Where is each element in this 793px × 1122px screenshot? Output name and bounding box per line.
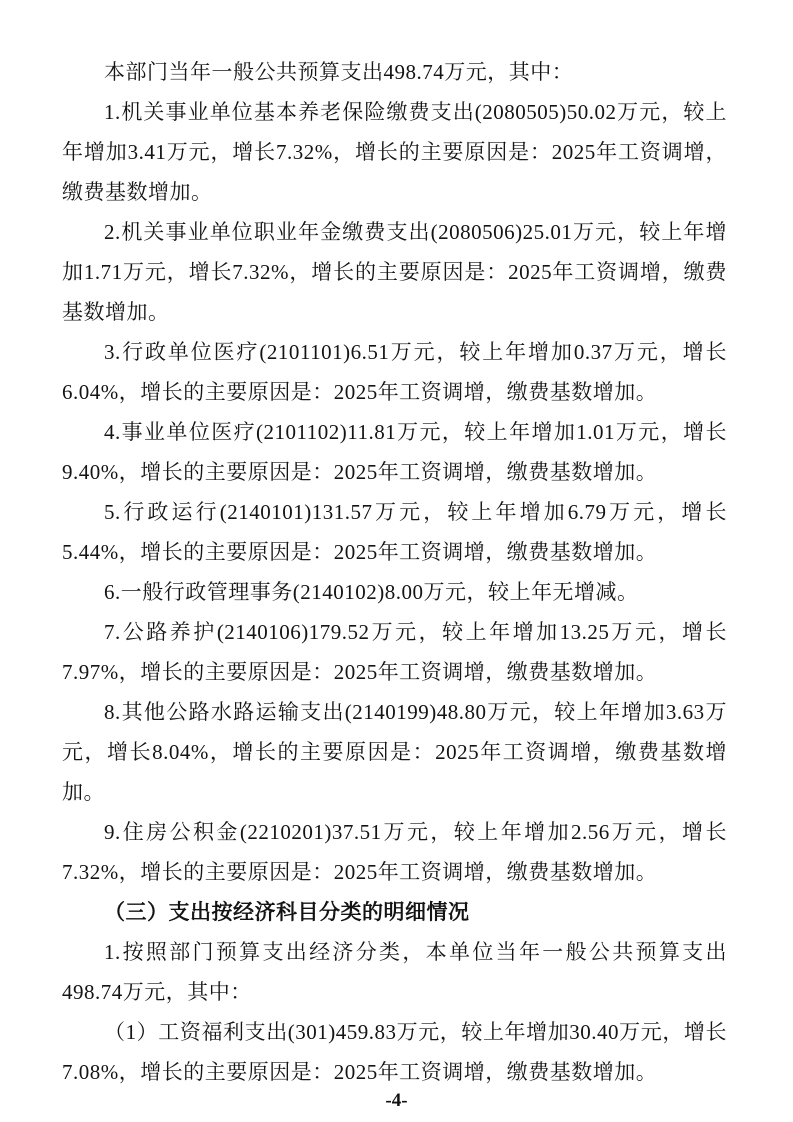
- document-page: 本部门当年一般公共预算支出498.74万元，其中： 1.机关事业单位基本养老保险…: [0, 0, 793, 1122]
- section-heading: （三）支出按经济科目分类的明细情况: [62, 892, 727, 932]
- paragraph-item-4: 4.事业单位医疗(2101102)11.81万元，较上年增加1.01万元，增长9…: [62, 412, 727, 492]
- paragraph-item-6: 6.一般行政管理事务(2140102)8.00万元，较上年无增减。: [62, 572, 727, 612]
- paragraph-item-8: 8.其他公路水路运输支出(2140199)48.80万元，较上年增加3.63万元…: [62, 692, 727, 812]
- paragraph-item-1: 1.机关事业单位基本养老保险缴费支出(2080505)50.02万元，较上年增加…: [62, 92, 727, 212]
- page-number: -4-: [0, 1090, 793, 1112]
- paragraph-item-5: 5.行政运行(2140101)131.57万元，较上年增加6.79万元，增长5.…: [62, 492, 727, 572]
- document-body: 本部门当年一般公共预算支出498.74万元，其中： 1.机关事业单位基本养老保险…: [62, 52, 727, 1092]
- paragraph-item-3: 3.行政单位医疗(2101101)6.51万元，较上年增加0.37万元，增长6.…: [62, 332, 727, 412]
- paragraph-econ-intro: 1.按照部门预算支出经济分类，本单位当年一般公共预算支出498.74万元，其中：: [62, 932, 727, 1012]
- paragraph-econ-item-1: （1）工资福利支出(301)459.83万元，较上年增加30.40万元，增长7.…: [62, 1012, 727, 1092]
- paragraph-item-7: 7.公路养护(2140106)179.52万元，较上年增加13.25万元，增长7…: [62, 612, 727, 692]
- paragraph-item-9: 9.住房公积金(2210201)37.51万元，较上年增加2.56万元，增长7.…: [62, 812, 727, 892]
- paragraph-item-2: 2.机关事业单位职业年金缴费支出(2080506)25.01万元，较上年增加1.…: [62, 212, 727, 332]
- paragraph-intro: 本部门当年一般公共预算支出498.74万元，其中：: [62, 52, 727, 92]
